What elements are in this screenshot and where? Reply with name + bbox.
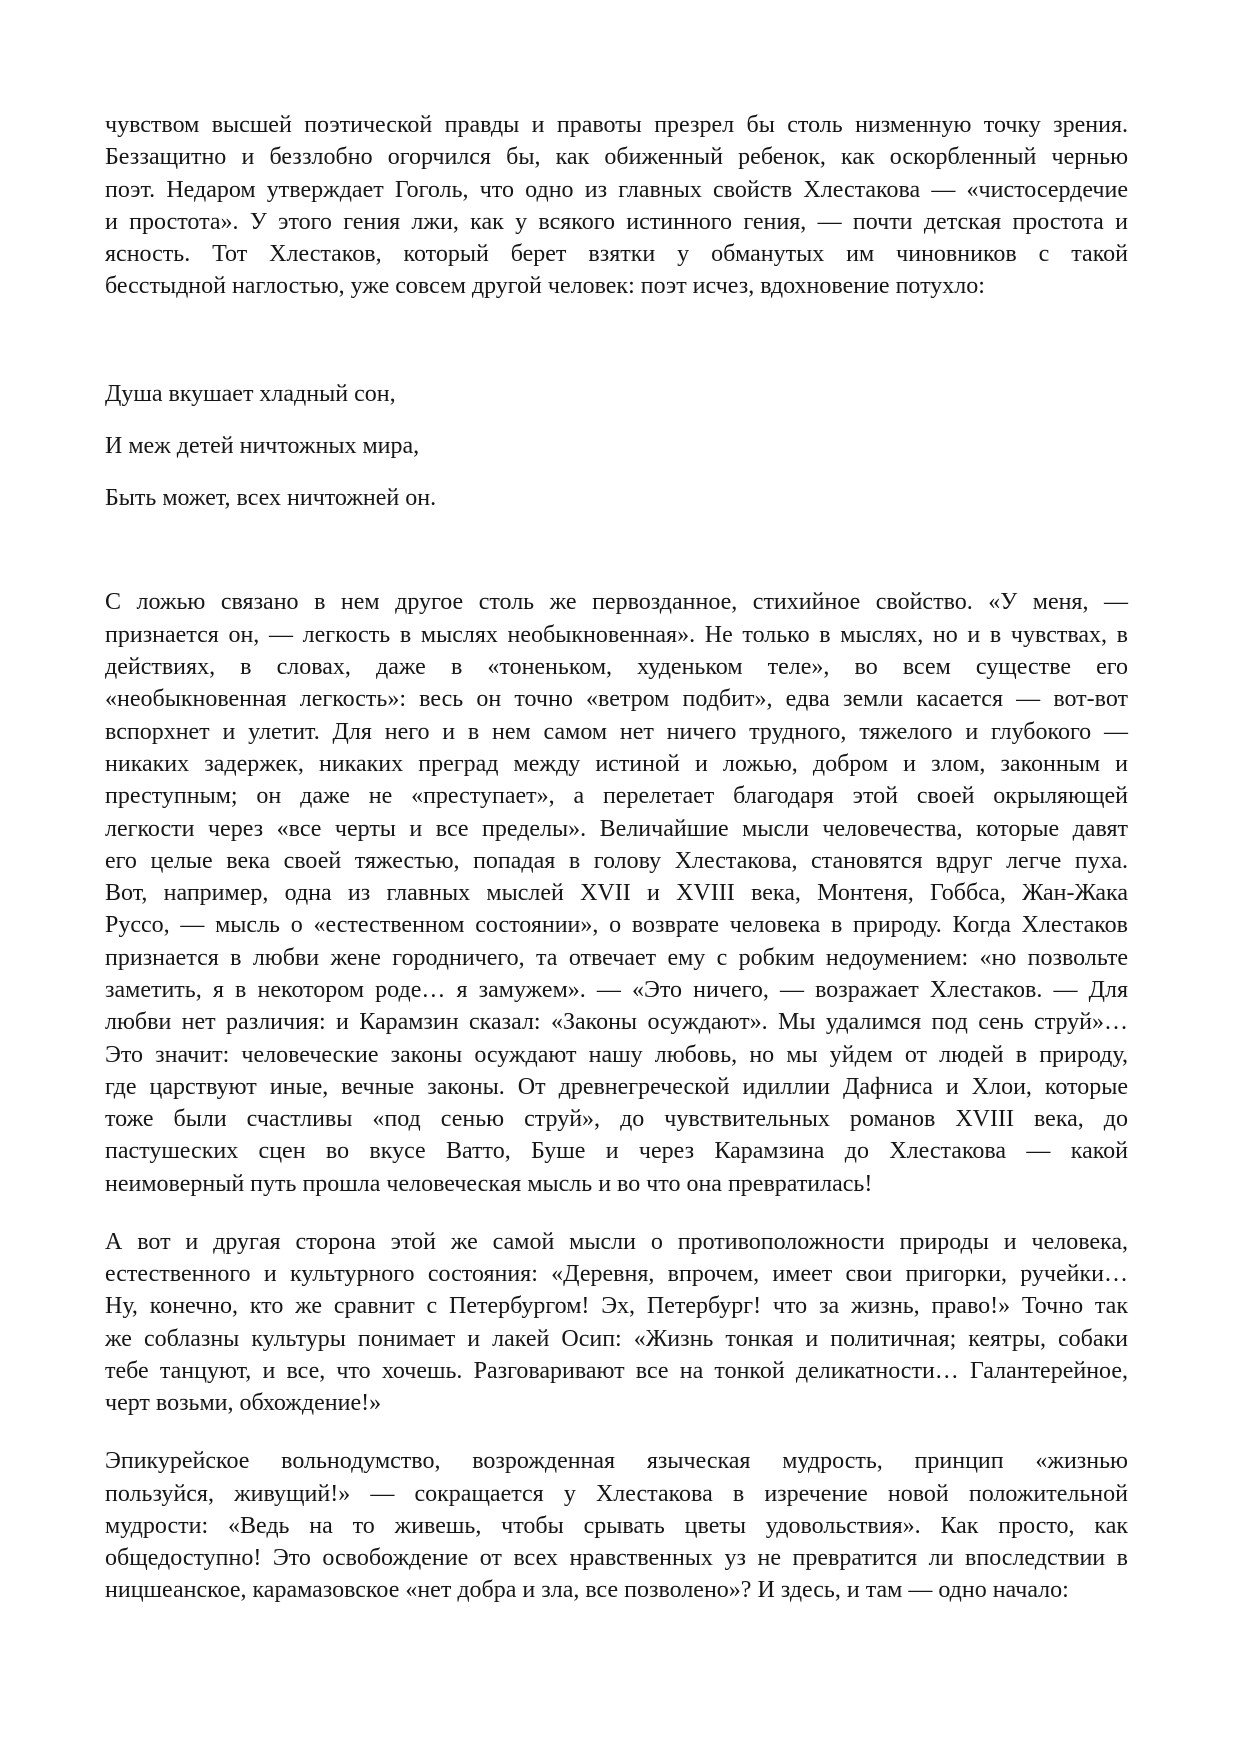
text-line: легкости через «все черты и все пределы»… (105, 813, 1128, 845)
paragraph: С ложью связано в нем другое столь же пе… (105, 586, 1128, 1200)
text-line: Вот, например, одна из главных мыслей XV… (105, 877, 1128, 909)
paragraph: Эпикурейское вольнодумство, возрожденная… (105, 1445, 1128, 1606)
text-line: Это значит: человеческие законы осуждают… (105, 1039, 1128, 1071)
text-line: преступным; он даже не «преступает», а п… (105, 780, 1128, 812)
text-line: поэт. Недаром утверждает Гоголь, что одн… (105, 174, 1128, 206)
text-line: черт возьми, обхождение!» (105, 1387, 1128, 1419)
text-line: Руссо, — мысль о «естественном состоянии… (105, 909, 1128, 941)
verse-line: Быть может, всех ничтожней он. (105, 482, 1128, 514)
text-line: Эпикурейское вольнодумство, возрожденная… (105, 1445, 1128, 1477)
text-line: признается в любви жене городничего, та … (105, 942, 1128, 974)
text-line: заметить, я в некотором роде… я замужем»… (105, 974, 1128, 1006)
document-page: чувством высшей поэтической правды и пра… (0, 0, 1242, 1755)
text-line: естественного и культурного состояния: «… (105, 1258, 1128, 1290)
paragraph: А вот и другая сторона этой же самой мыс… (105, 1226, 1128, 1420)
text-line: Беззащитно и беззлобно огорчился бы, как… (105, 141, 1128, 173)
text-line: мудрости: «Ведь на то живешь, чтобы срыв… (105, 1510, 1128, 1542)
text-line: бесстыдной наглостью, уже совсем другой … (105, 270, 1128, 302)
text-line: общедоступно! Это освобождение от всех н… (105, 1542, 1128, 1574)
text-line: тоже были счастливы «под сенью струй», д… (105, 1103, 1128, 1135)
verse-block: Душа вкушает хладный сон,И меж детей нич… (105, 378, 1128, 514)
text-content: чувством высшей поэтической правды и пра… (105, 109, 1128, 1607)
text-line: Ну, конечно, кто же сравнит с Петербурго… (105, 1290, 1128, 1322)
text-line: признается он, — легкость в мыслях необы… (105, 619, 1128, 651)
text-line: пастушеских сцен во вкусе Ватто, Буше и … (105, 1135, 1128, 1167)
text-line: вспорхнет и улетит. Для него и в нем сам… (105, 716, 1128, 748)
text-line: где царствуют иные, вечные законы. От др… (105, 1071, 1128, 1103)
verse-line: И меж детей ничтожных мира, (105, 430, 1128, 462)
text-line: А вот и другая сторона этой же самой мыс… (105, 1226, 1128, 1258)
text-line: тебе танцуют, и все, что хочешь. Разгова… (105, 1355, 1128, 1387)
text-line: ясность. Тот Хлестаков, который берет вз… (105, 238, 1128, 270)
verse-line: Душа вкушает хладный сон, (105, 378, 1128, 410)
text-line: чувством высшей поэтической правды и пра… (105, 109, 1128, 141)
text-line: и простота». У этого гения лжи, как у вс… (105, 206, 1128, 238)
text-line: его целые века своей тяжестью, попадая в… (105, 845, 1128, 877)
paragraph: чувством высшей поэтической правды и пра… (105, 109, 1128, 303)
text-line: никаких задержек, никаких преград между … (105, 748, 1128, 780)
text-line: ницшеанское, карамазовское «нет добра и … (105, 1574, 1128, 1606)
text-line: же соблазны культуры понимает и лакей Ос… (105, 1323, 1128, 1355)
text-line: неимоверный путь прошла человеческая мыс… (105, 1168, 1128, 1200)
text-line: пользуйся, живущий!» — сокращается у Хле… (105, 1478, 1128, 1510)
text-line: действиях, в словах, даже в «тоненьком, … (105, 651, 1128, 683)
text-line: любви нет различия: и Карамзин сказал: «… (105, 1006, 1128, 1038)
text-line: «необыкновенная легкость»: весь он точно… (105, 683, 1128, 715)
text-line: С ложью связано в нем другое столь же пе… (105, 586, 1128, 618)
